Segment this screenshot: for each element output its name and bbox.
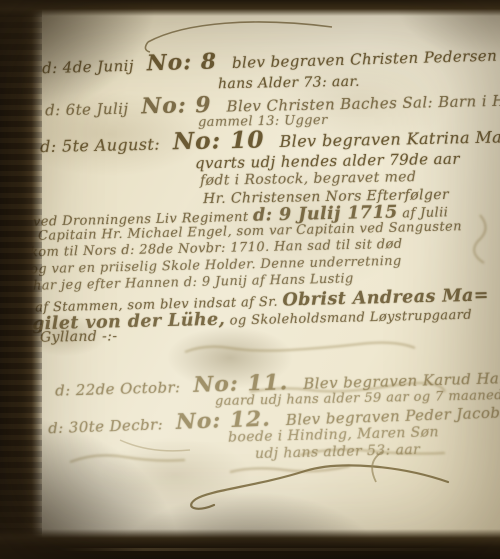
entry-12-line-3: udj hans alder 53: aar xyxy=(255,442,421,462)
entry-number: No: 10 xyxy=(173,126,265,155)
entry-date: d: 22de Octobr: xyxy=(55,378,181,399)
entry-date: d: 30te Decbr: xyxy=(48,415,163,437)
entry-date: d: 4de Junij xyxy=(42,57,134,78)
page-bottom-edge xyxy=(0,529,500,559)
note-text: og Skoleholdsmand Løystrupgaard xyxy=(230,308,473,329)
entry-number: No: 8 xyxy=(147,49,218,76)
entry-text: Blev Christen Baches Sal: Barn i Hinding xyxy=(226,91,500,116)
page-top-edge xyxy=(0,0,500,16)
note-line-8: Gylland -:- xyxy=(40,328,118,345)
entry-10-line-3: født i Rostock, begravet med xyxy=(200,169,417,189)
entry-text: blev begraven Christen Pedersen Søe udj xyxy=(232,45,500,72)
entry-text: Blev begraven Katrina Mar= xyxy=(279,127,500,151)
page-bottom-highlight xyxy=(60,548,480,551)
entry-10-line-2: qvarts udj hendes alder 79de aar xyxy=(195,150,460,173)
book-binding xyxy=(0,0,42,559)
entry-date: d: 5te August: xyxy=(40,135,160,157)
register-photo: d: 4de JunijNo: 8blev begraven Christen … xyxy=(0,0,500,559)
entry-date: d: 6te Julij xyxy=(45,100,129,120)
entry-8-line-1: d: 4de JunijNo: 8blev begraven Christen … xyxy=(42,40,500,80)
